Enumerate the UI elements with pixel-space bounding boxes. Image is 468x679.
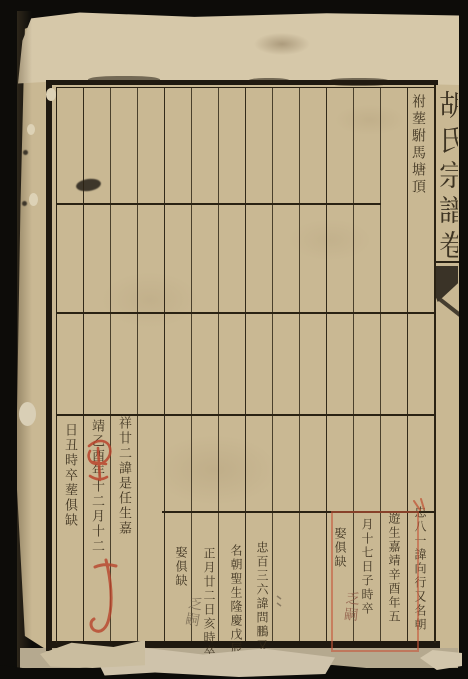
- ink-dot: [22, 201, 27, 206]
- spine-title: 胡氏宗譜卷: [437, 90, 458, 265]
- record-gen5b-line-4: 娶俱缺: [175, 546, 187, 588]
- grid-row-line: [56, 414, 434, 416]
- frame-left: [46, 80, 52, 651]
- record-gen4-line-3: 日丑時卒塟俱缺: [63, 423, 76, 528]
- red-highlight-box: [331, 511, 419, 652]
- record-gen4-line-2: 靖乙酉年十二月十二: [90, 419, 103, 554]
- grid-column-line: [218, 88, 219, 641]
- photo-margin-right: [459, 0, 468, 679]
- grid-row-line: [56, 203, 381, 205]
- grid-column-line: [110, 88, 111, 641]
- ink-smudge: [88, 76, 160, 85]
- grid-column-line: [326, 88, 327, 641]
- grid-column-line: [137, 88, 138, 641]
- photo-margin-top: [0, 0, 468, 11]
- grid-column-line: [83, 88, 84, 641]
- frame-left-inner: [56, 87, 57, 643]
- photographed-genealogy-page: 胡氏宗譜卷 祔塟駙馬塘頂 祥廿二諱是任生嘉 靖乙酉年十二月十二 日丑時卒塟俱缺 …: [0, 0, 468, 679]
- spine-box-bottom: [435, 261, 459, 263]
- grid-column-line: [272, 88, 273, 641]
- paper-edge-shadow: [16, 9, 32, 669]
- record-gen5b-line-2: 名朝聖生隆慶戊辰: [230, 544, 242, 656]
- grid-row-line: [56, 312, 434, 314]
- frame-top-inner: [56, 87, 436, 88]
- photo-margin-left: [0, 0, 17, 679]
- record-gen4-line-1: 祥廿二諱是任生嘉: [117, 416, 130, 536]
- frame-right-inner: [434, 85, 436, 643]
- paper-top-margin: [18, 11, 459, 85]
- ink-smudge: [328, 78, 390, 86]
- grid-column-line: [164, 88, 165, 641]
- grid-column-line: [191, 88, 192, 641]
- grid-column-line: [299, 88, 300, 641]
- paper-chip: [46, 88, 56, 101]
- grid-column-line: [245, 88, 246, 641]
- spine-title-box: 胡氏宗譜卷: [437, 90, 458, 275]
- record-gen5b-line-1: 忠百三六諱問鵬又: [256, 541, 268, 653]
- paper-chip: [29, 193, 38, 206]
- ink-dot: [23, 150, 28, 155]
- record-gen5b-line-3: 正月廿二日亥時卒: [203, 547, 215, 659]
- paper-chip: [19, 402, 36, 426]
- burial-note: 祔塟駙馬塘頂: [411, 94, 425, 196]
- ink-smudge: [248, 78, 290, 85]
- paper-chip: [27, 124, 35, 135]
